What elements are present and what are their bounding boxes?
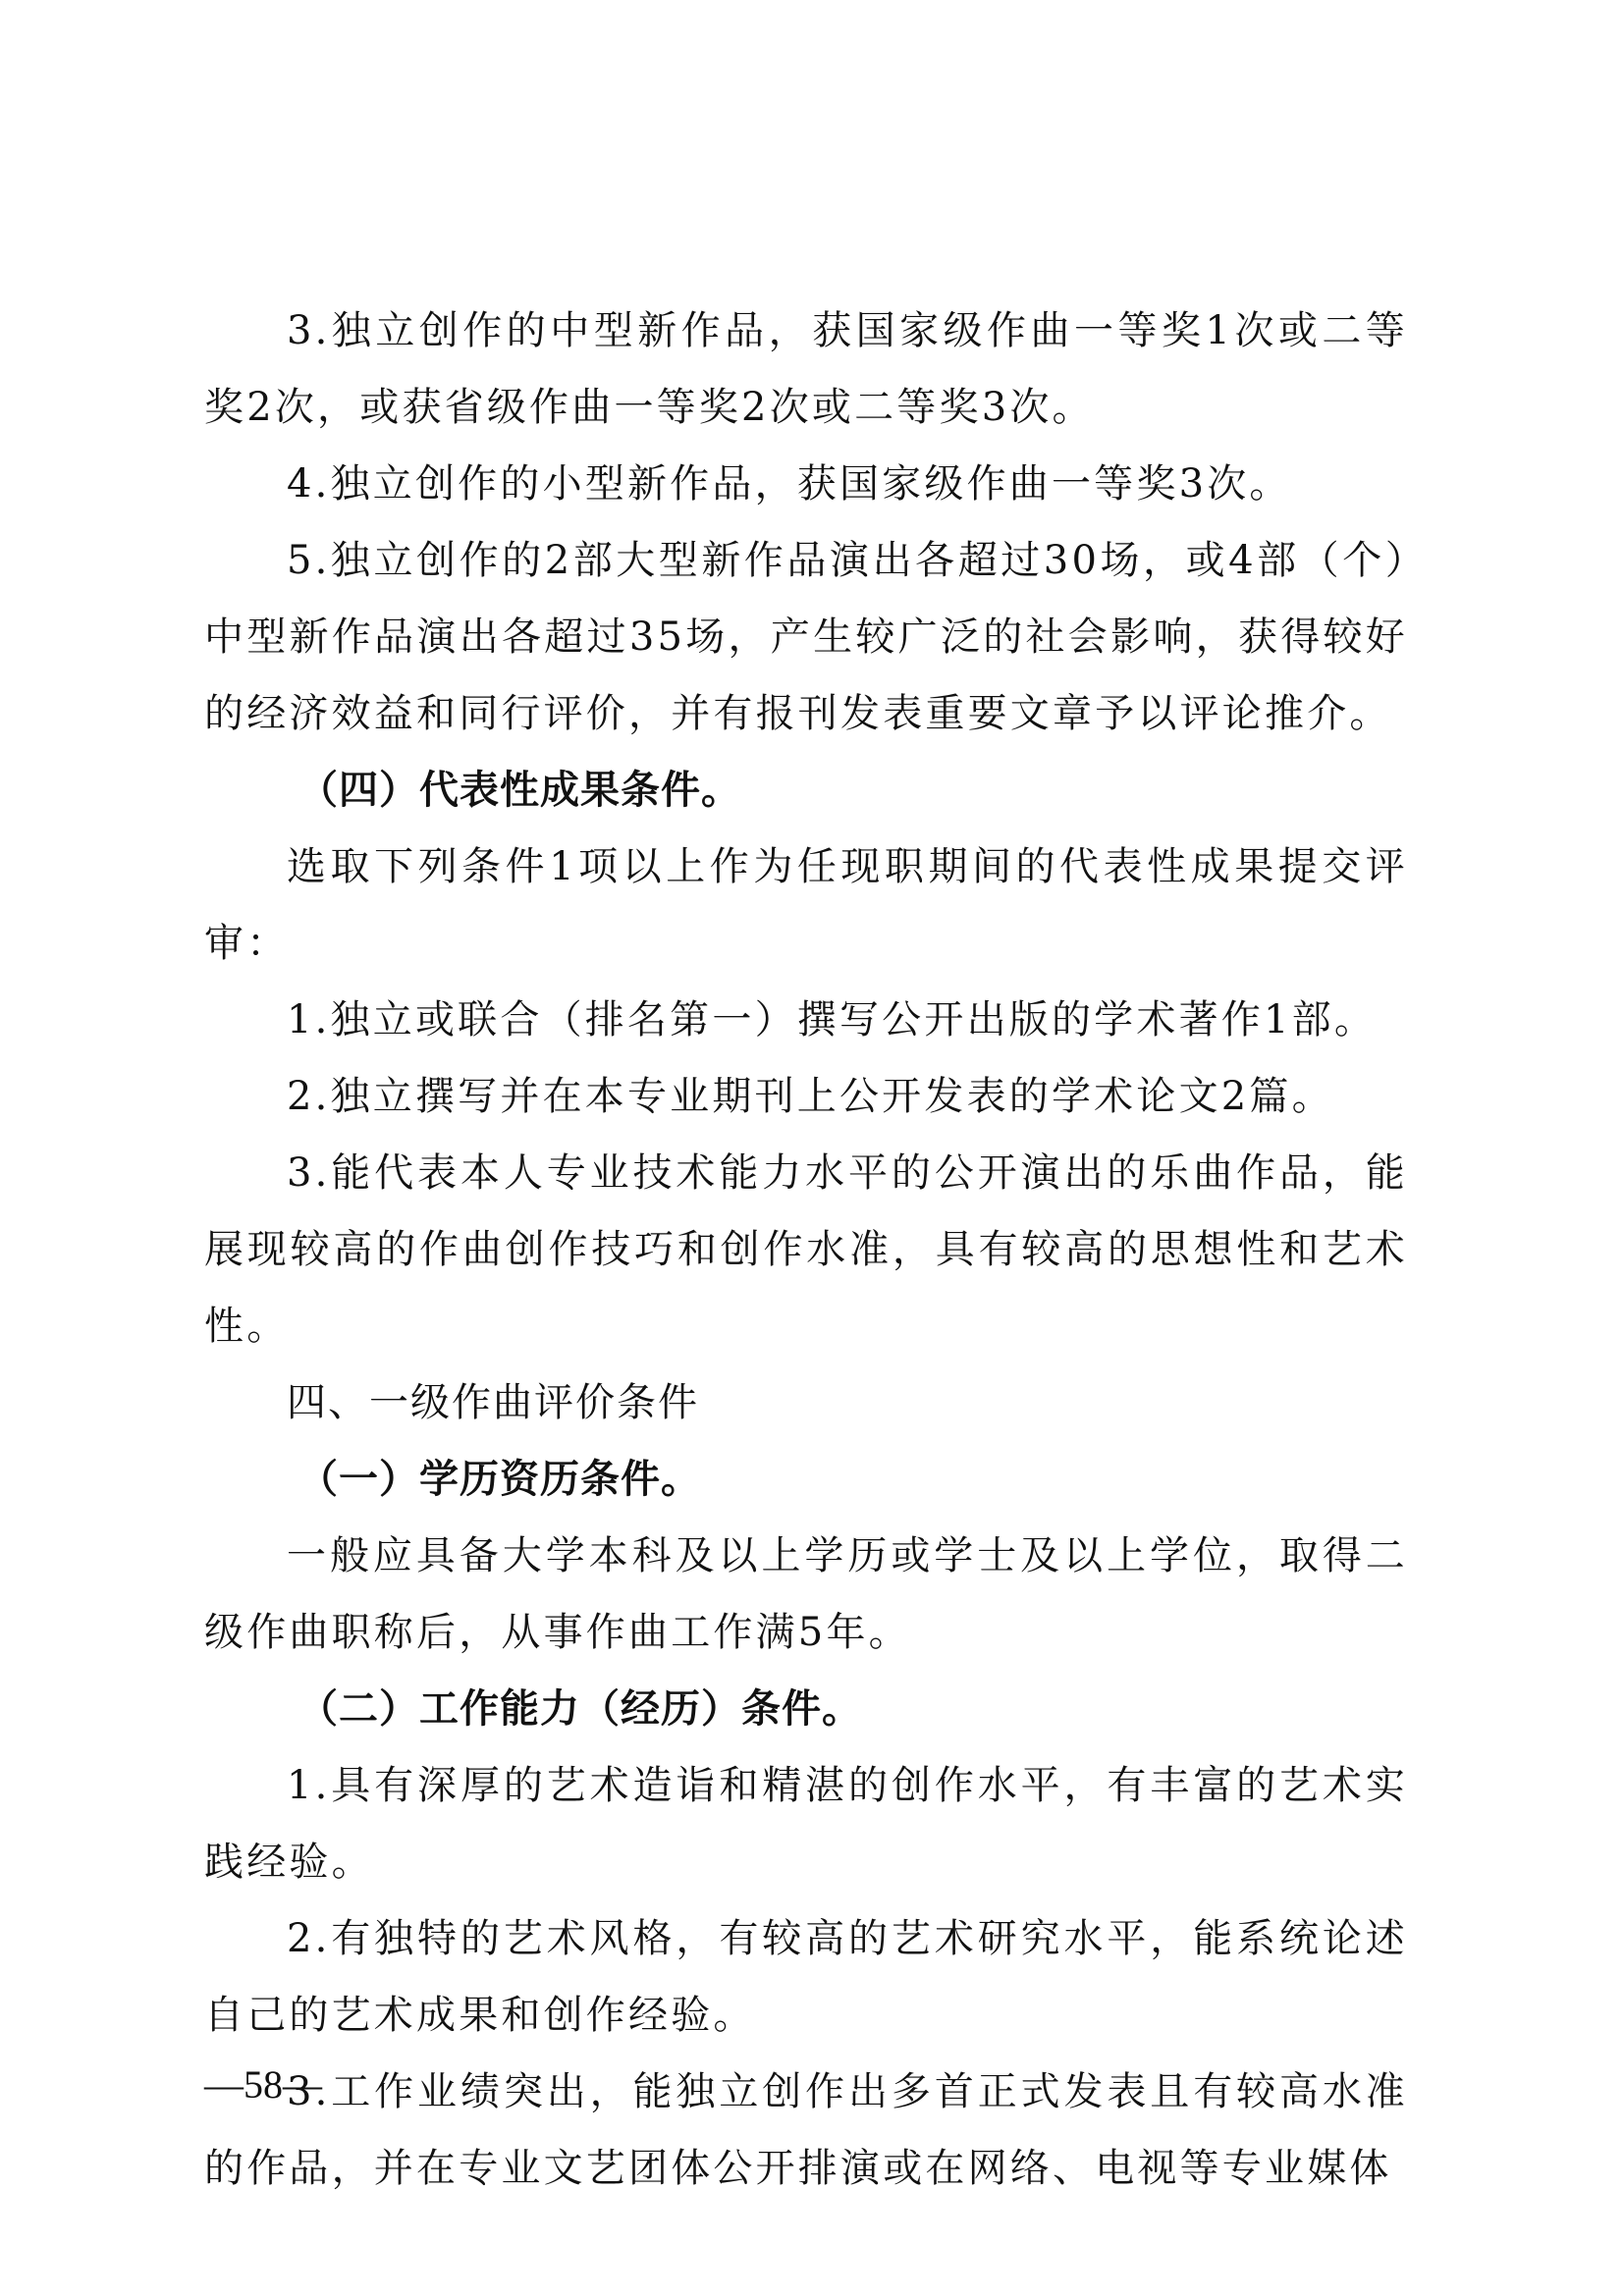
paragraph-item-3-work-performance: 3.工作业绩突出，能独立创作出多首正式发表且有较高水准的作品，并在专业文艺团体公… xyxy=(204,2054,1408,2207)
paragraph-education-requirement: 一般应具备大学本科及以上学历或学士及以上学位，取得二级作曲职称后，从事作曲工作满… xyxy=(204,1518,1408,1671)
page-number: —58— xyxy=(204,2061,322,2108)
paragraph-item-5-performances: 5.独立创作的2部大型新作品演出各超过30场，或4部（个）中型新作品演出各超过3… xyxy=(204,522,1408,752)
paragraph-item-4-small-award: 4.独立创作的小型新作品，获国家级作曲一等奖3次。 xyxy=(204,446,1408,522)
paragraph-select-conditions: 选取下列条件1项以上作为任现职期间的代表性成果提交评审： xyxy=(204,828,1408,982)
subheading-representative-results: （四）代表性成果条件。 xyxy=(204,752,1408,828)
subheading-work-ability: （二）工作能力（经历）条件。 xyxy=(204,1671,1408,1747)
paragraph-item-3-midsize-award: 3.独立创作的中型新作品，获国家级作曲一等奖1次或二等奖2次，或获省级作曲一等奖… xyxy=(204,293,1408,446)
document-body: 3.独立创作的中型新作品，获国家级作曲一等奖1次或二等奖2次，或获省级作曲一等奖… xyxy=(204,293,1408,2207)
paragraph-item-1-monograph: 1.独立或联合（排名第一）撰写公开出版的学术著作1部。 xyxy=(204,982,1408,1058)
paragraph-item-2-papers: 2.独立撰写并在本专业期刊上公开发表的学术论文2篇。 xyxy=(204,1058,1408,1135)
paragraph-item-1-artistic-skill: 1.具有深厚的艺术造诣和精湛的创作水平，有丰富的艺术实践经验。 xyxy=(204,1747,1408,1900)
heading-level1-composition: 四、一级作曲评价条件 xyxy=(204,1364,1408,1441)
paragraph-item-2-artistic-style: 2.有独特的艺术风格，有较高的艺术研究水平，能系统论述自己的艺术成果和创作经验。 xyxy=(204,1900,1408,2054)
subheading-education: （一）学历资历条件。 xyxy=(204,1441,1408,1518)
paragraph-item-3-music-works: 3.能代表本人专业技术能力水平的公开演出的乐曲作品，能展现较高的作曲创作技巧和创… xyxy=(204,1135,1408,1364)
